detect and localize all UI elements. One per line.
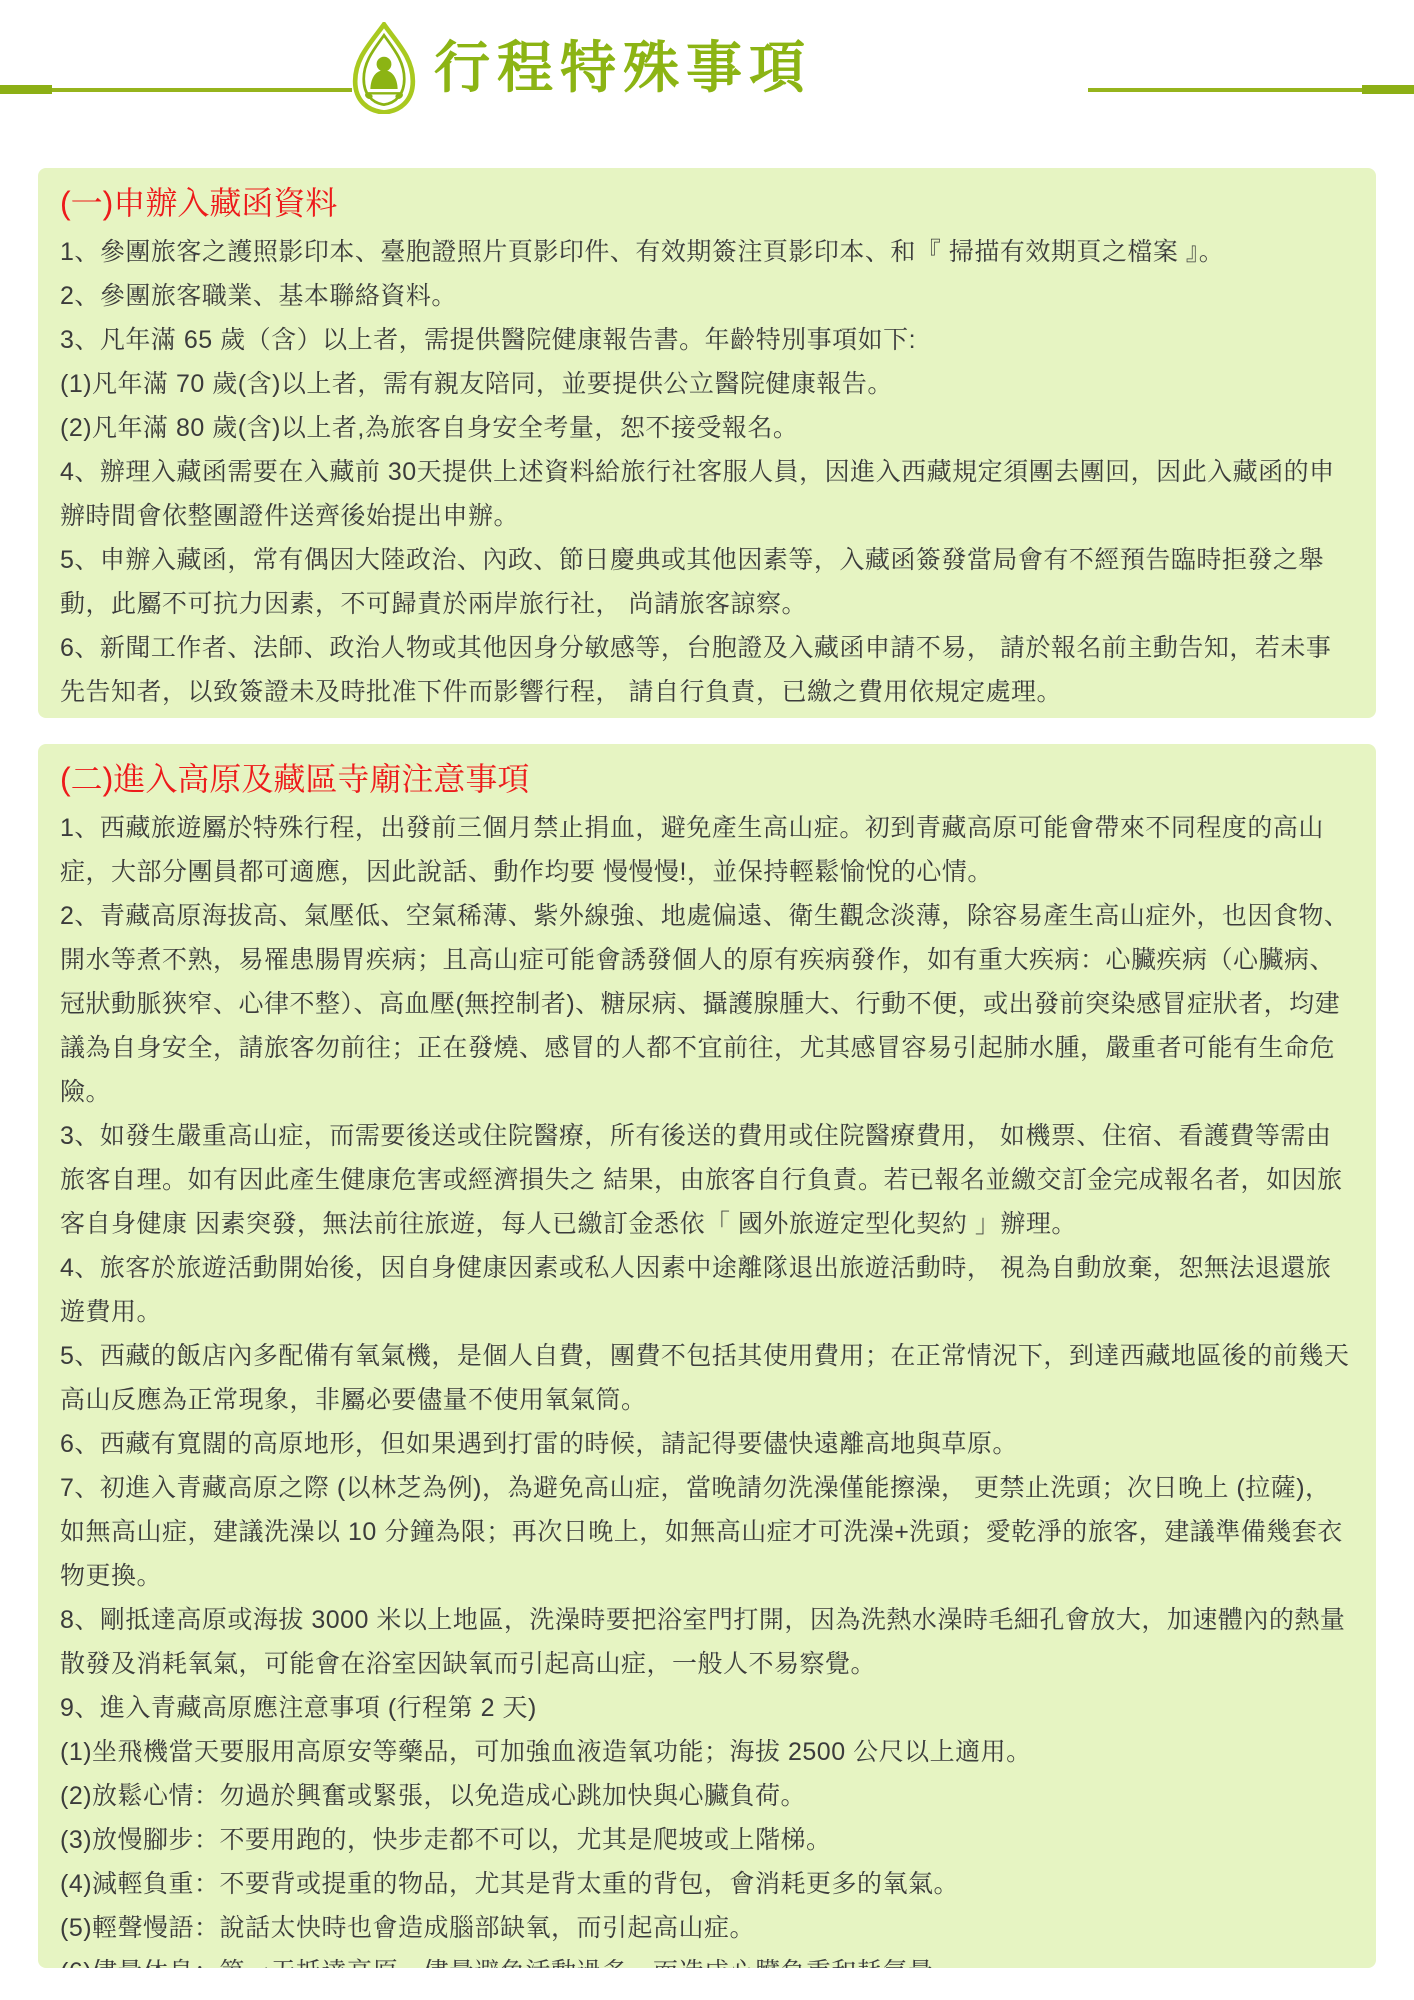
page-title: 行程特殊事項 [434, 22, 812, 114]
section-tibet-permit: (一)申辦入藏函資料 1、參團旅客之護照影印本、臺胞證照片頁影印件、有效期簽注頁… [38, 168, 1376, 718]
list-item: (1)坐飛機當天要服用高原安等藥品，可加強血液造氧功能；海拔 2500 公尺以上… [60, 1730, 1354, 1774]
list-item: 7、初進入青藏高原之際 (以林芝為例)，為避免高山症，當晚請勿洗澡僅能擦澡， 更… [60, 1466, 1354, 1598]
document-page: 行程特殊事項 (一)申辦入藏函資料 1、參團旅客之護照影印本、臺胞證照片頁影印件… [0, 0, 1414, 2000]
list-item: 8、剛抵達高原或海拔 3000 米以上地區，洗澡時要把浴室門打開，因為洗熱水澡時… [60, 1598, 1354, 1686]
section-highland-notice: (二)進入高原及藏區寺廟注意事項 1、西藏旅遊屬於特殊行程，出發前三個月禁止捐血… [38, 744, 1376, 1968]
list-item: (5)輕聲慢語：說話太快時也會造成腦部缺氧，而引起高山症。 [60, 1906, 1354, 1950]
list-item: 6、西藏有寬闊的高原地形，但如果遇到打雷的時候，請記得要儘快遠離高地與草原。 [60, 1422, 1354, 1466]
list-item: 3、如發生嚴重高山症，而需要後送或住院醫療，所有後送的費用或住院醫療費用， 如機… [60, 1114, 1354, 1246]
list-item: (2)放鬆心情：勿過於興奮或緊張，以免造成心跳加快與心臟負荷。 [60, 1774, 1354, 1818]
header-divider-right [1088, 88, 1414, 92]
list-item: 5、申辦入藏函，常有偶因大陸政治、內政、節日慶典或其他因素等，入藏函簽發當局會有… [60, 538, 1354, 626]
section-heading: (二)進入高原及藏區寺廟注意事項 [60, 758, 1354, 800]
list-item: 3、凡年滿 65 歲（含）以上者，需提供醫院健康報告書。年齡特別事項如下: [60, 318, 1354, 362]
list-item: 2、青藏高原海拔高、氣壓低、空氣稀薄、紫外線強、地處偏遠、衛生觀念淡薄，除容易產… [60, 894, 1354, 1114]
header-divider-left [0, 88, 352, 92]
list-item: 6、新聞工作者、法師、政治人物或其他因身分敏感等，台胞證及入藏函申請不易， 請於… [60, 626, 1354, 714]
list-item: 2、參團旅客職業、基本聯絡資料。 [60, 274, 1354, 318]
list-item: (2)凡年滿 80 歲(含)以上者,為旅客自身安全考量，恕不接受報名。 [60, 406, 1354, 450]
list-item: 1、參團旅客之護照影印本、臺胞證照片頁影印件、有效期簽注頁影印本、和『 掃描有效… [60, 230, 1354, 274]
list-item: (4)減輕負重：不要背或提重的物品，尤其是背太重的背包，會消耗更多的氧氣。 [60, 1862, 1354, 1906]
list-item: 9、進入青藏高原應注意事項 (行程第 2 天) [60, 1686, 1354, 1730]
list-item: (3)放慢腳步：不要用跑的，快步走都不可以，尤其是爬坡或上階梯。 [60, 1818, 1354, 1862]
list-item: 4、旅客於旅遊活動開始後，因自身健康因素或私人因素中途離隊退出旅遊活動時， 視為… [60, 1246, 1354, 1334]
list-item: 4、辦理入藏函需要在入藏前 30天提供上述資料給旅行社客服人員，因進入西藏規定須… [60, 450, 1354, 538]
list-item: 1、西藏旅遊屬於特殊行程，出發前三個月禁止捐血，避免產生高山症。初到青藏高原可能… [60, 806, 1354, 894]
buddha-lotus-icon [344, 22, 424, 114]
list-item: 5、西藏的飯店內多配備有氧氣機，是個人自費，團費不包括其使用費用；在正常情況下，… [60, 1334, 1354, 1422]
section-heading: (一)申辦入藏函資料 [60, 182, 1354, 224]
list-item: (6)儘量休息：第一天抵達高原，儘量避免活動過多，而造成心臟負重和耗氧量。 [60, 1950, 1354, 1968]
header-brand: 行程特殊事項 [344, 22, 812, 114]
list-item: (1)凡年滿 70 歲(含)以上者，需有親友陪同，並要提供公立醫院健康報告。 [60, 362, 1354, 406]
